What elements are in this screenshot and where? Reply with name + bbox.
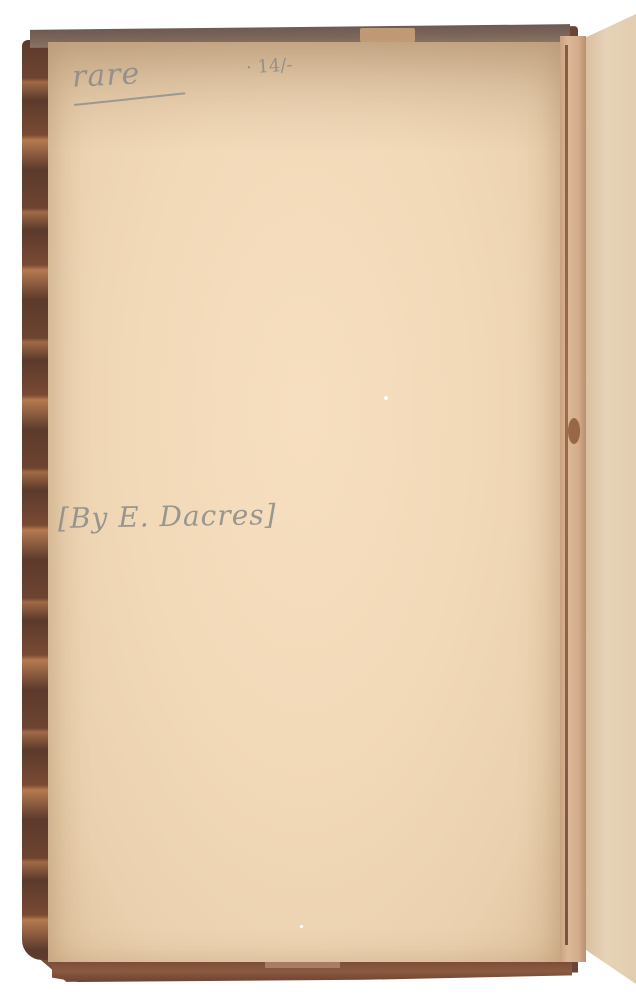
- hinge-stain: [568, 418, 580, 444]
- pencil-note-price: · 14/-: [245, 54, 293, 78]
- hinge-crack: [565, 45, 568, 945]
- paper-speck: [300, 925, 303, 928]
- facing-page: [586, 14, 636, 984]
- book-photo: rare · 14/- [By E. Dacres]: [0, 0, 636, 1000]
- binding-bottom-wear: [265, 962, 340, 968]
- gutter-hinge: [560, 36, 586, 962]
- paper-speck: [384, 396, 388, 400]
- pencil-note-rare: rare: [71, 56, 141, 95]
- pencil-note-author: [By E. Dacres]: [58, 498, 277, 535]
- binding-wear-patch: [360, 28, 415, 42]
- binding-left-edge: [22, 40, 50, 960]
